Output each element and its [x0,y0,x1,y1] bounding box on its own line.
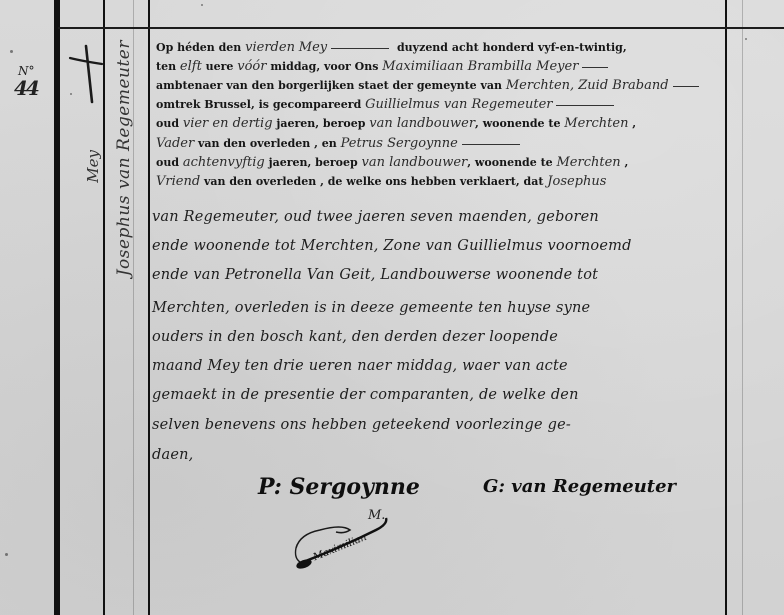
handwritten-line: maand Mey ten drie ueren naer middag, wa… [152,357,568,375]
printed-text: Op héden den [156,41,245,54]
scan-speck [10,50,13,53]
handwritten-line: gemaekt in de presentie der comparanten,… [152,386,579,404]
printed-text: , woonende te [475,117,564,130]
printed-text: omtrek Brussel, is gecompareerd [156,98,365,111]
printed-text: , [628,117,636,130]
handwritten-entry: Maximiliaan Brambilla Meyer [382,59,578,74]
death-cross-icon [68,44,104,106]
handwritten-entry: van landbouwer [369,116,475,131]
fill-dash [462,144,520,145]
official-paraph-flourish-icon: Maximilian [290,512,410,572]
handwritten-line: van Regemeuter, oud twee jaeren seven ma… [152,208,599,226]
printed-text: ambtenaer van den borgerlijken staet der… [156,79,506,92]
official-paraph-suffix: M. [368,508,385,523]
handwritten-entry: Guillielmus van Regemeuter [365,97,552,112]
faint-guide-line [742,0,743,615]
record-number-value: 44 [14,76,38,100]
handwritten-entry: Merchten [564,116,628,131]
handwritten-entry: Vader [156,136,194,151]
column-rule-right [725,0,727,615]
printed-text: jaeren, beroep [265,156,362,169]
fill-dash [582,67,608,68]
printed-text: oud [156,156,183,169]
handwritten-entry: Mey [299,40,327,55]
scan-speck [201,4,203,6]
handwritten-line: selven benevens ons hebben geteekend voo… [152,416,571,434]
form-line: Vriend van den overleden , de welke ons … [156,172,606,191]
printed-text: duyzend acht honderd vyf-en-twintig, [393,41,627,54]
printed-text: , woonende te [467,156,556,169]
handwritten-entry: Vriend [156,174,200,189]
margin-rule-thick [54,0,60,615]
handwritten-line: ende woonende tot Merchten, Zone van Gui… [152,237,632,255]
handwritten-entry: Josephus [547,174,606,189]
official-paraph-text: Maximilian [311,532,368,564]
handwritten-entry: elft [180,59,202,74]
column-rule-2 [148,0,150,615]
fill-dash [556,105,614,106]
form-line: ambtenaer van den borgerlijken staet der… [156,76,703,95]
form-line: ten elft uere vóór middag, voor Ons Maxi… [156,57,612,76]
form-line: oud vier en dertig jaeren, beroep van la… [156,114,636,133]
handwritten-entry: vier en dertig [183,116,273,131]
form-line: Vader van den overleden , en Petrus Serg… [156,134,524,153]
printed-text: van den overleden , en [194,137,340,150]
handwritten-line: Merchten, overleden is in deeze gemeente… [152,299,590,317]
scan-speck [745,38,747,40]
handwritten-entry: Merchten, Zuid Braband [506,78,669,93]
printed-text: uere [202,60,237,73]
printed-text: , [621,156,629,169]
document-scan: N° 44 Mey Josephus van Regemeuter Op héd… [0,0,784,615]
header-rule [58,27,784,29]
signature-witness: P: Sergoynne [258,474,420,500]
handwritten-entry: Petrus Sergoynne [341,136,458,151]
margin-month: Mey [84,150,102,183]
fill-dash [673,86,699,87]
record-number: N° 44 [14,64,38,100]
fill-dash [331,48,389,49]
handwritten-line: ouders in den bosch kant, den derden dez… [152,328,558,346]
form-line: Op héden den vierden Mey duyzend acht ho… [156,38,627,57]
printed-text: van den overleden , de welke ons hebben … [200,175,547,188]
handwritten-entry: achtenvyftig [183,155,265,170]
form-line: omtrek Brussel, is gecompareerd Guilliel… [156,95,618,114]
printed-text: jaeren, beroep [273,117,370,130]
scan-speck [5,553,8,556]
printed-text: middag, voor Ons [266,60,382,73]
handwritten-line: ende van Petronella Van Geit, Landbouwer… [152,266,598,284]
handwritten-entry: Merchten [557,155,621,170]
form-line: oud achtenvyftig jaeren, beroep van land… [156,153,628,172]
margin-deceased-name: Josephus van Regemeuter [114,40,134,276]
signature-declarant: G: van Regemeuter [483,476,676,497]
printed-text: ten [156,60,180,73]
handwritten-entry: vierden [245,40,295,55]
handwritten-entry: vóór [237,59,266,74]
handwritten-line: daen, [152,446,193,464]
handwritten-entry: van landbouwer [362,155,468,170]
printed-text: oud [156,117,183,130]
